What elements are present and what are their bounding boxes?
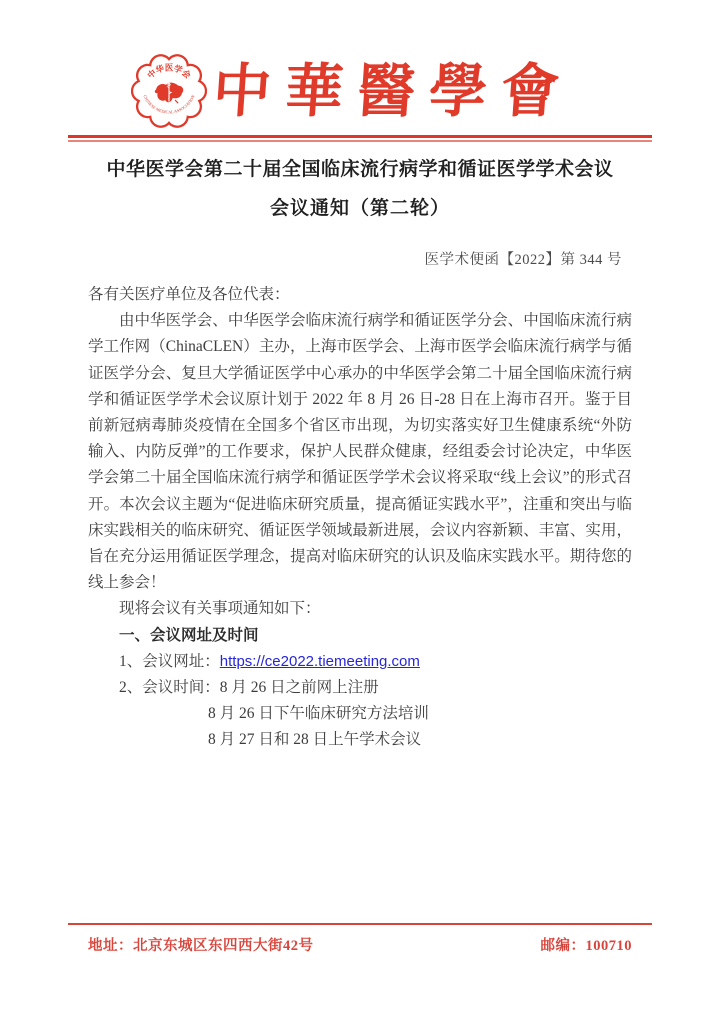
document-reference-number: 医学术便函【2022】第 344 号	[425, 248, 623, 269]
footer-address: 地址：北京东城区东四西大街42号	[88, 934, 314, 955]
china-map-caduceus-icon	[155, 83, 184, 103]
salutation: 各有关医疗单位及各位代表：	[88, 282, 632, 308]
notice-lead-in: 现将会议有关事项通知如下：	[88, 596, 632, 622]
cma-seal-logo: 中华医学会 CHINESE MEDICAL ASSOCIATION	[131, 50, 207, 132]
list-item-website: 1、会议网址：https://ce2022.tiemeeting.com	[88, 649, 632, 675]
website-label: 1、会议网址：	[119, 653, 220, 670]
cma-seal-icon: 中华医学会 CHINESE MEDICAL ASSOCIATION	[131, 50, 207, 132]
title-line-1: 中华医学会第二十届全国临床流行病学和循证医学学术会议	[40, 158, 680, 182]
conference-url-link[interactable]: https://ce2022.tiemeeting.com	[220, 653, 420, 670]
cma-calligraphy-title: 中華醫學會	[210, 56, 585, 128]
footer-divider	[68, 923, 652, 925]
document-page: 中华医学会 CHINESE MEDICAL ASSOCIATION 中華醫學會 …	[0, 0, 720, 1013]
title-line-2: 会议通知（第二轮）	[40, 197, 680, 221]
header-divider	[68, 135, 652, 142]
seal-top-arc-text: 中华医学会	[145, 62, 193, 80]
document-body: 各有关医疗单位及各位代表： 由中华医学会、中华医学会临床流行病学和循证医学分会、…	[88, 282, 632, 754]
time-detail-training: 8 月 26 日下午临床研究方法培训	[88, 701, 632, 727]
footer-postcode: 邮编：100710	[541, 934, 633, 955]
section-heading-website-time: 一、会议网址及时间	[88, 623, 632, 649]
main-paragraph: 由中华医学会、中华医学会临床流行病学和循证医学分会、中国临床流行病学工作网（Ch…	[88, 308, 632, 596]
list-item-time: 2、会议时间：8 月 26 日之前网上注册	[88, 675, 632, 701]
footer: 地址：北京东城区东四西大街42号 邮编：100710	[88, 934, 632, 955]
document-title: 中华医学会第二十届全国临床流行病学和循证医学学术会议 会议通知（第二轮）	[40, 158, 680, 221]
time-detail-sessions: 8 月 27 日和 28 日上午学术会议	[88, 727, 632, 753]
